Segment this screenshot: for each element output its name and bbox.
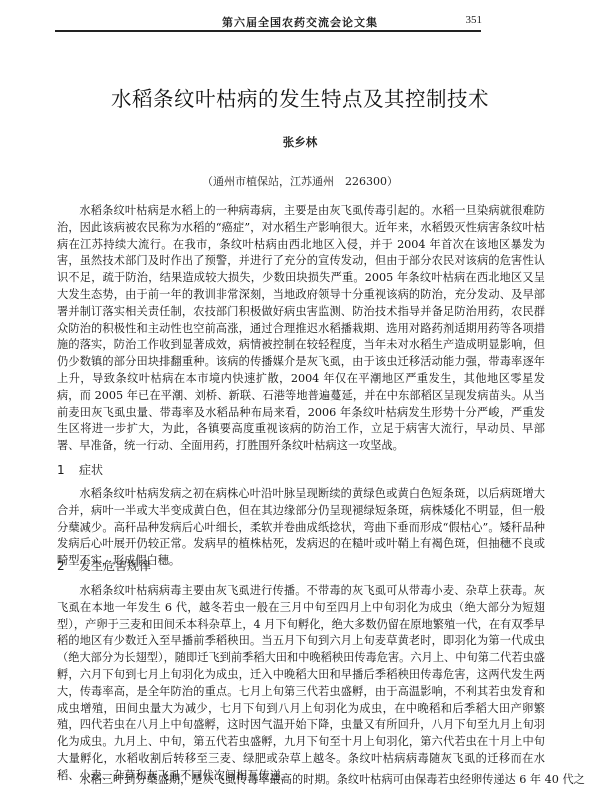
intro-paragraph: 水稻条纹叶枯病是水稻上的一种病毒病，主要是由灰飞虱传毒引起的。水稻一旦染病就很难… xyxy=(57,203,545,455)
occurrence-paragraph: 水稻条纹叶枯病病毒主要由灰飞虱进行传播。不带毒的灰飞虱可从带毒小麦、杂草上获毒。… xyxy=(57,583,545,785)
running-head: 第六届全国农药交流会论文集 351 xyxy=(0,12,600,32)
section-number: 2 xyxy=(57,559,79,573)
section-number: 1 xyxy=(57,463,79,477)
occurrence-continuation: 水稻三叶到分蘖盛期，是灰飞虱传毒率最高的时期。条纹叶枯病可由保毒若虫经卵传递达 … xyxy=(57,772,545,789)
author-affiliation: （通州市植保站，江苏通州 226300） xyxy=(0,173,600,189)
header-rule xyxy=(55,30,481,32)
section-title: 症状 xyxy=(79,463,103,477)
paragraph-text: 水稻条纹叶枯病病毒主要由灰飞虱进行传播。不带毒的灰飞虱可从带毒小麦、杂草上获毒。… xyxy=(57,583,545,785)
section-heading-occurrence: 2发生危害规律 xyxy=(57,557,151,574)
paragraph-text: 水稻三叶到分蘖盛期，是灰飞虱传毒率最高的时期。条纹叶枯病可由保毒若虫经卵传递达 … xyxy=(57,772,545,789)
article-title: 水稻条纹叶枯病的发生特点及其控制技术 xyxy=(0,82,600,112)
page-number: 351 xyxy=(466,14,483,26)
paragraph-text: 水稻条纹叶枯病是水稻上的一种病毒病，主要是由灰飞虱传毒引起的。水稻一旦染病就很难… xyxy=(57,203,545,455)
journal-title: 第六届全国农药交流会论文集 xyxy=(0,14,600,30)
section-title: 发生危害规律 xyxy=(79,559,151,573)
section-heading-symptoms: 1症状 xyxy=(57,461,103,478)
author-name: 张乡林 xyxy=(0,134,600,150)
